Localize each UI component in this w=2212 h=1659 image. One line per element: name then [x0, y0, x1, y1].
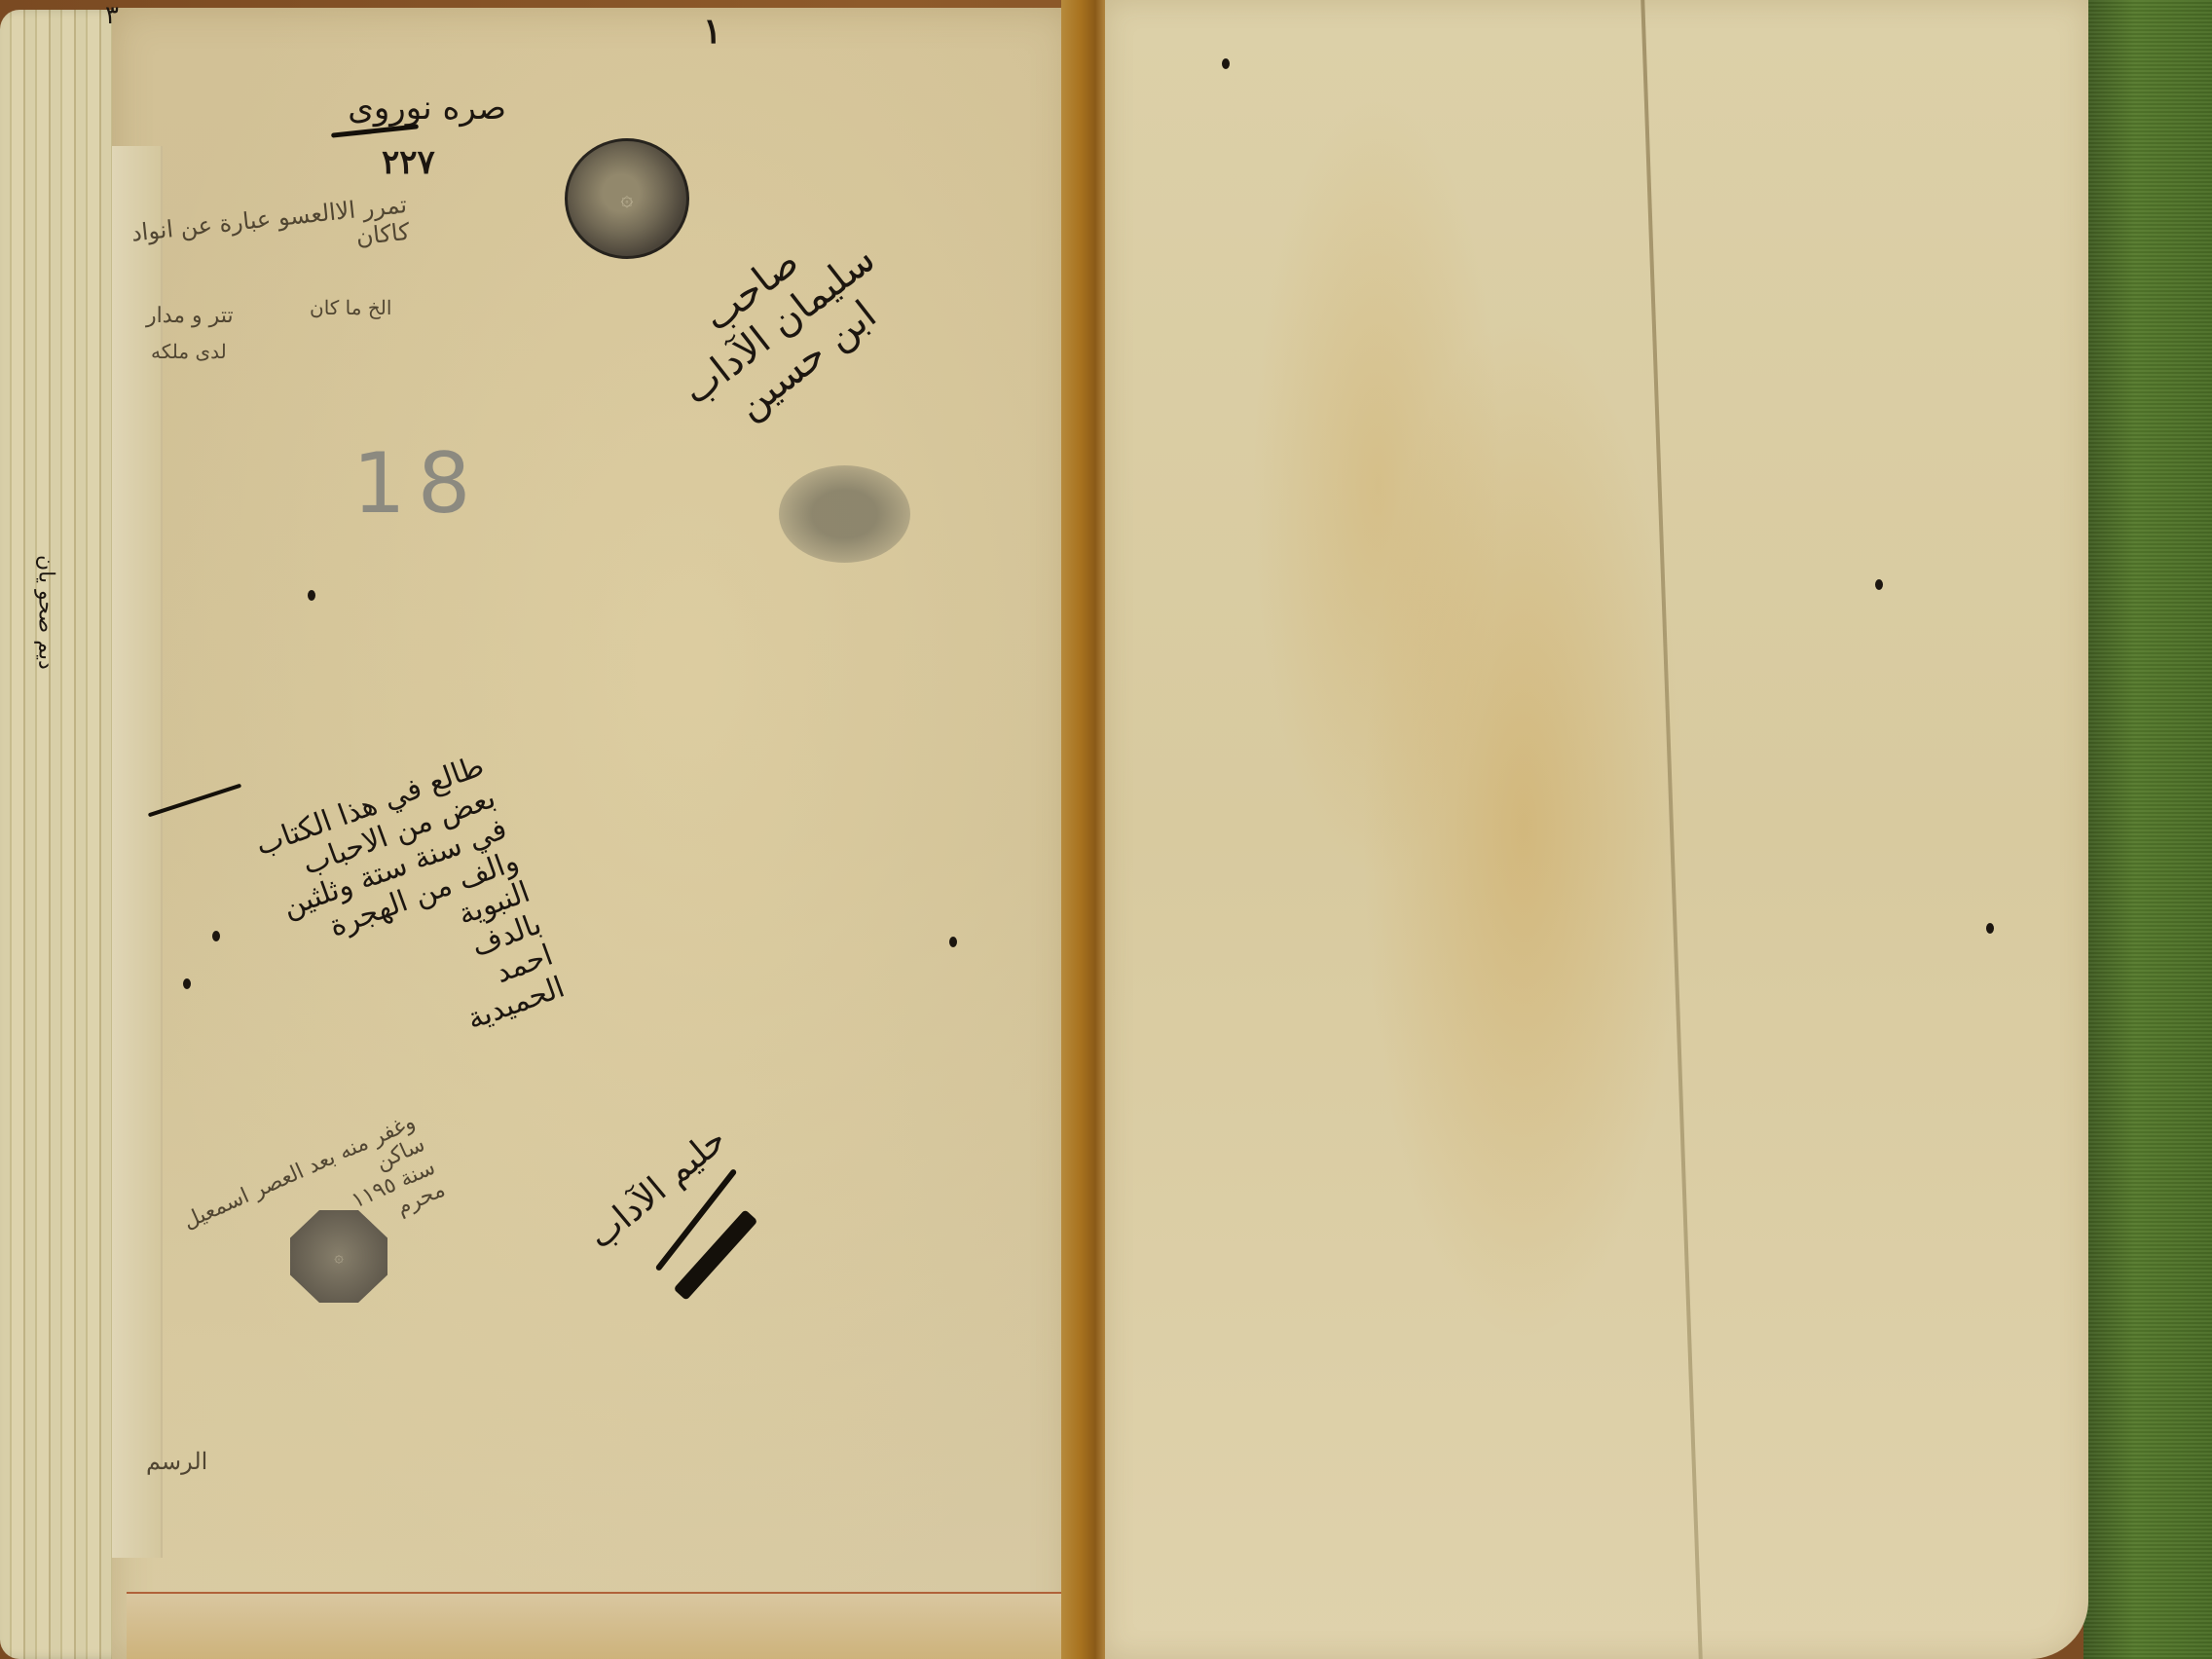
- ink-dot: [183, 978, 191, 989]
- upper-note-line-2: الخ ما كان: [310, 297, 391, 319]
- top-note: صره نوروی: [331, 90, 506, 128]
- ink-dot: [1986, 923, 1994, 934]
- ink-dot: [1875, 579, 1883, 590]
- upper-note-line-3: تتر و مدار: [146, 304, 234, 328]
- top-mark: ١: [703, 12, 721, 52]
- book-gutter: [1061, 0, 1110, 1659]
- water-stain-bottom: [127, 1592, 1061, 1659]
- round-seal-icon: ۞: [565, 138, 689, 259]
- margin-note-vertical: ديم صحو يان: [33, 555, 57, 670]
- page-block-edges: [0, 10, 127, 1659]
- faint-oval-seal-icon: [779, 465, 910, 563]
- pencil-shelf-number: 18: [352, 436, 482, 533]
- top-number: ٢٢٧: [382, 144, 435, 182]
- ink-dot: [1222, 58, 1230, 69]
- upper-note-line-4: لدى ملكه: [151, 341, 227, 363]
- ink-dot: [949, 937, 957, 947]
- octagonal-seal-icon: ۞: [290, 1210, 387, 1303]
- right-blank-leaf: [1105, 0, 2088, 1659]
- green-cloth-cover: [2083, 0, 2212, 1659]
- corner-folio-mark: ٣: [105, 2, 119, 31]
- ink-dot: [308, 590, 315, 601]
- bottom-left-note: الرسم: [146, 1449, 207, 1476]
- ink-dot: [212, 931, 220, 941]
